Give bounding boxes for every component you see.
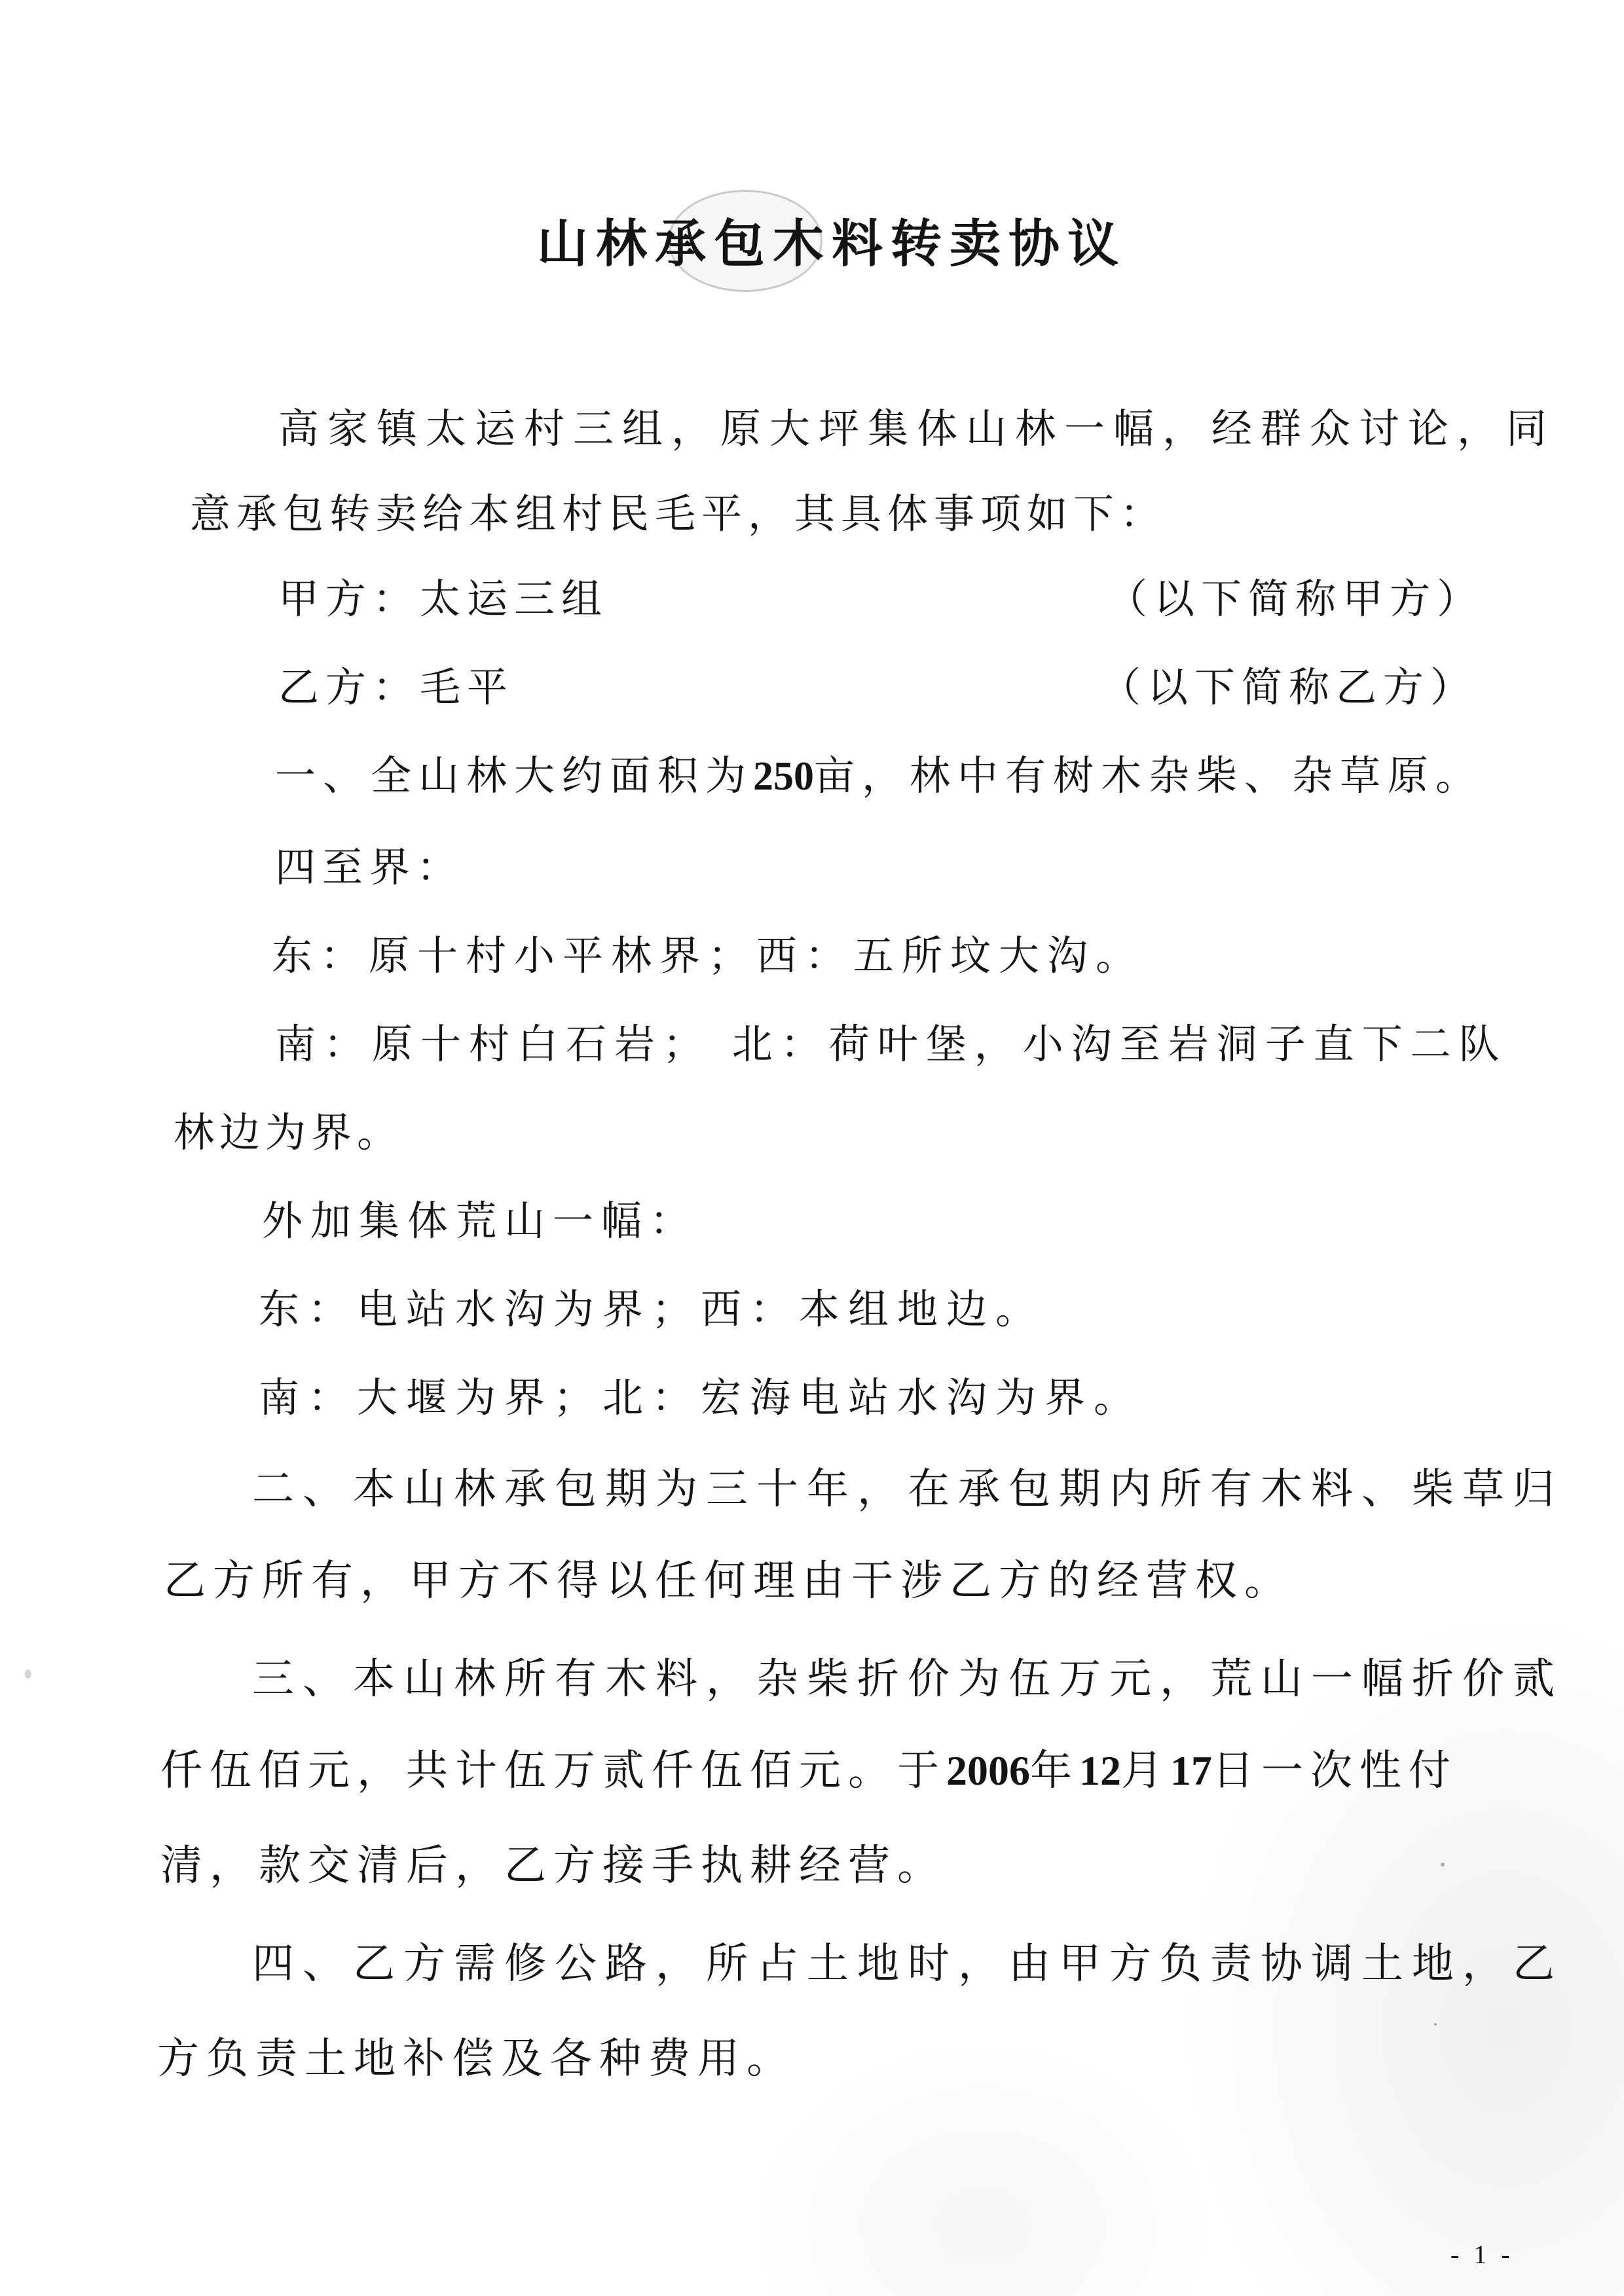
party-b-note: （以下简称乙方） xyxy=(1100,661,1477,714)
boundary-south-north-line-1: 南：原十村白石岩； 北：荷叶堡，小沟至岩洞子直下二队 xyxy=(275,1018,1507,1070)
party-b-label: 乙方：毛平 xyxy=(278,661,514,714)
clause-4-line-2: 方负责土地补偿及各种费用。 xyxy=(157,2033,796,2085)
party-a-note: （以下简称甲方） xyxy=(1107,573,1484,625)
clause-1: 一、全山林大约面积为250亩，林中有树木杂柴、杂草原。 xyxy=(275,750,1483,803)
clause-2-line-2: 乙方所有，甲方不得以任何理由干涉乙方的经营权。 xyxy=(164,1555,1293,1607)
extra-land-heading: 外加集体荒山一幅： xyxy=(262,1195,698,1247)
boundaries-heading: 四至界： xyxy=(275,841,464,894)
clause-2-line-1: 二、本山林承包期为三十年，在承包期内所有木料、柴草归 xyxy=(252,1463,1563,1516)
scan-speck xyxy=(25,1669,31,1679)
payment-day: 17 xyxy=(1170,1747,1212,1794)
clause-1-prefix: 一、全山林大约面积为 xyxy=(275,752,753,799)
payment-year: 2006 xyxy=(946,1747,1030,1794)
intro-line-1: 高家镇太运村三组，原大坪集体山林一幅，经群众讨论，同 xyxy=(278,403,1555,455)
clause-1-suffix: 亩，林中有树木杂柴、杂草原。 xyxy=(814,752,1483,799)
document-title: 山林承包木料转卖协议 xyxy=(537,203,1126,276)
boundary-east-west: 东：原十村小平林界；西：五所坟大沟。 xyxy=(272,930,1144,982)
party-a-label: 甲方：太运三组 xyxy=(278,573,608,625)
clause-3-line-2-suffix: 日一次性付 xyxy=(1212,1747,1458,1795)
document-page: 山林承包木料转卖协议 高家镇太运村三组，原大坪集体山林一幅，经群众讨论，同 意承… xyxy=(0,0,1624,2296)
month-unit: 月 xyxy=(1121,1747,1170,1795)
intro-line-2: 意承包转卖给本组村民毛平，其具体事项如下： xyxy=(190,488,1166,540)
clause-3-line-3: 清，款交清后，乙方接手执耕经营。 xyxy=(160,1840,946,1892)
payment-month: 12 xyxy=(1079,1747,1121,1794)
scan-speck xyxy=(1441,1863,1445,1867)
year-unit: 年 xyxy=(1030,1747,1079,1795)
clause-3-line-2: 仟伍佰元，共计伍万贰仟伍佰元。于2006年12月17日一次性付 xyxy=(160,1745,1458,1797)
clause-3-line-1: 三、本山林所有木料，杂柴折价为伍万元，荒山一幅折价贰 xyxy=(252,1653,1563,1705)
clause-3-line-2-prefix: 仟伍佰元，共计伍万贰仟伍佰元。于 xyxy=(160,1747,946,1795)
extra-land-east-west: 东：电站水沟为界；西：本组地边。 xyxy=(259,1283,1044,1336)
scan-speck xyxy=(1434,2023,1437,2026)
clause-4-line-1: 四、乙方需修公路，所占土地时，由甲方负责协调土地，乙 xyxy=(252,1938,1563,1990)
boundary-south-north-line-2: 林边为界。 xyxy=(174,1106,403,1159)
area-value: 250 xyxy=(753,754,814,799)
extra-land-south-north: 南：大堰为界；北：宏海电站水沟为界。 xyxy=(259,1372,1143,1424)
page-number: - 1 - xyxy=(1450,2239,1514,2270)
